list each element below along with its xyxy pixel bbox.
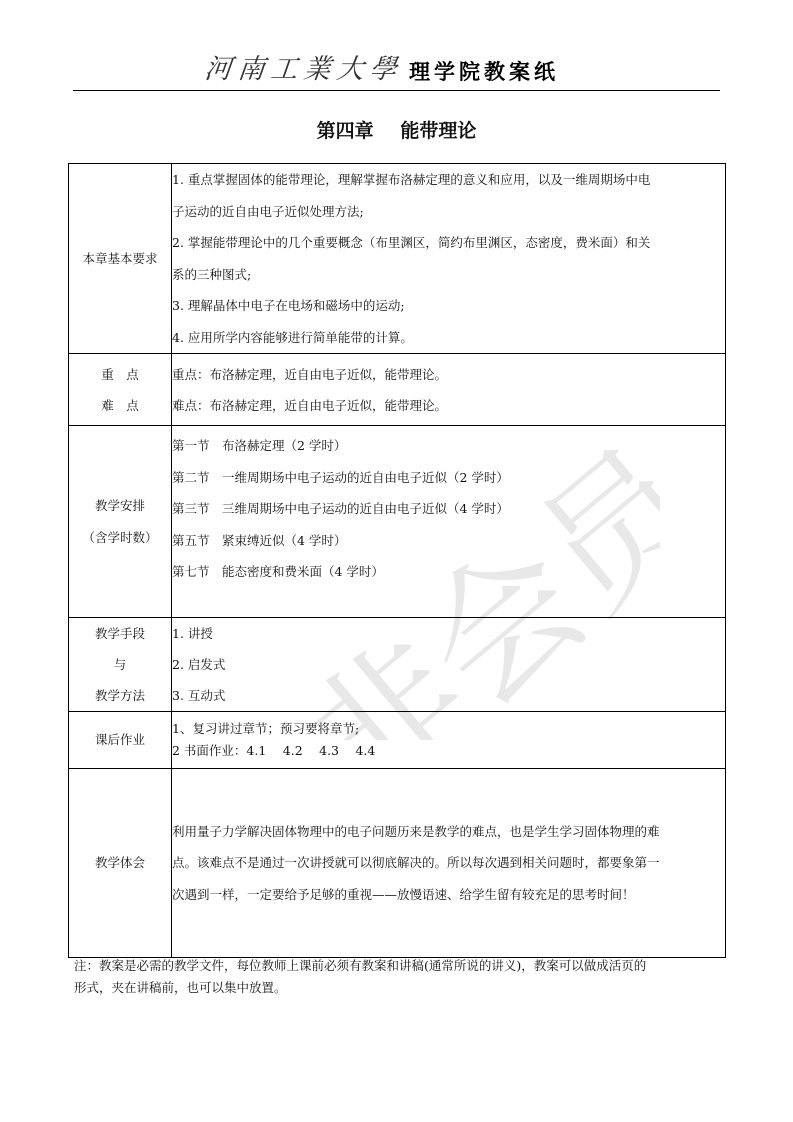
document-header: 河南工業大學 理学院教案纸 <box>205 50 559 86</box>
row-content: 第一节 布洛赫定理（2 学时） 第二节 一维周期场中电子运动的近自由电子近似（2… <box>172 426 726 618</box>
department-label: 理学院教案纸 <box>409 56 559 86</box>
table-row-schedule: 教学安排 （含学时数） 第一节 布洛赫定理（2 学时） 第二节 一维周期场中电子… <box>69 426 726 618</box>
header-divider <box>73 90 720 91</box>
table-row-reflection: 教学体会 利用量子力学解决固体物理中的电子问题历来是教学的难点，也是学生学习固体… <box>69 769 726 958</box>
row-content: 1. 讲授 2. 启发式 3. 互动式 <box>172 618 726 712</box>
footnote: 注：教案是必需的教学文件，每位教师上课前必须有教案和讲稿(通常所说的讲义)，教案… <box>74 955 724 999</box>
chapter-number: 第四章 <box>317 120 374 142</box>
row-label: 重 点 难 点 <box>69 354 172 426</box>
chapter-title-text: 能带理论 <box>400 120 476 142</box>
row-label: 本章基本要求 <box>69 164 172 354</box>
page-title: 第四章 能带理论 <box>0 116 793 143</box>
table-row-key-points: 重 点 难 点 重点：布洛赫定理，近自由电子近似，能带理论。 难点：布洛赫定理，… <box>69 354 726 426</box>
row-label: 教学体会 <box>69 769 172 958</box>
row-label: 教学安排 （含学时数） <box>69 426 172 618</box>
row-content: 1、复习讲过章节；预习要将章节; 2 书面作业：4.1 4.2 4.3 4.4 <box>172 712 726 769</box>
row-label: 教学手段 与 教学方法 <box>69 618 172 712</box>
row-label: 课后作业 <box>69 712 172 769</box>
university-name: 河南工業大學 <box>203 47 405 86</box>
table-row-requirements: 本章基本要求 1. 重点掌握固体的能带理论，理解掌握布洛赫定理的意义和应用，以及… <box>69 164 726 354</box>
table-row-methods: 教学手段 与 教学方法 1. 讲授 2. 启发式 3. 互动式 <box>69 618 726 712</box>
table-row-homework: 课后作业 1、复习讲过章节；预习要将章节; 2 书面作业：4.1 4.2 4.3… <box>69 712 726 769</box>
row-content: 利用量子力学解决固体物理中的电子问题历来是教学的难点，也是学生学习固体物理的难 … <box>172 769 726 958</box>
lesson-plan-table: 本章基本要求 1. 重点掌握固体的能带理论，理解掌握布洛赫定理的意义和应用，以及… <box>68 163 726 958</box>
row-content: 1. 重点掌握固体的能带理论，理解掌握布洛赫定理的意义和应用，以及一维周期场中电… <box>172 164 726 354</box>
row-content: 重点：布洛赫定理，近自由电子近似，能带理论。 难点：布洛赫定理，近自由电子近似，… <box>172 354 726 426</box>
